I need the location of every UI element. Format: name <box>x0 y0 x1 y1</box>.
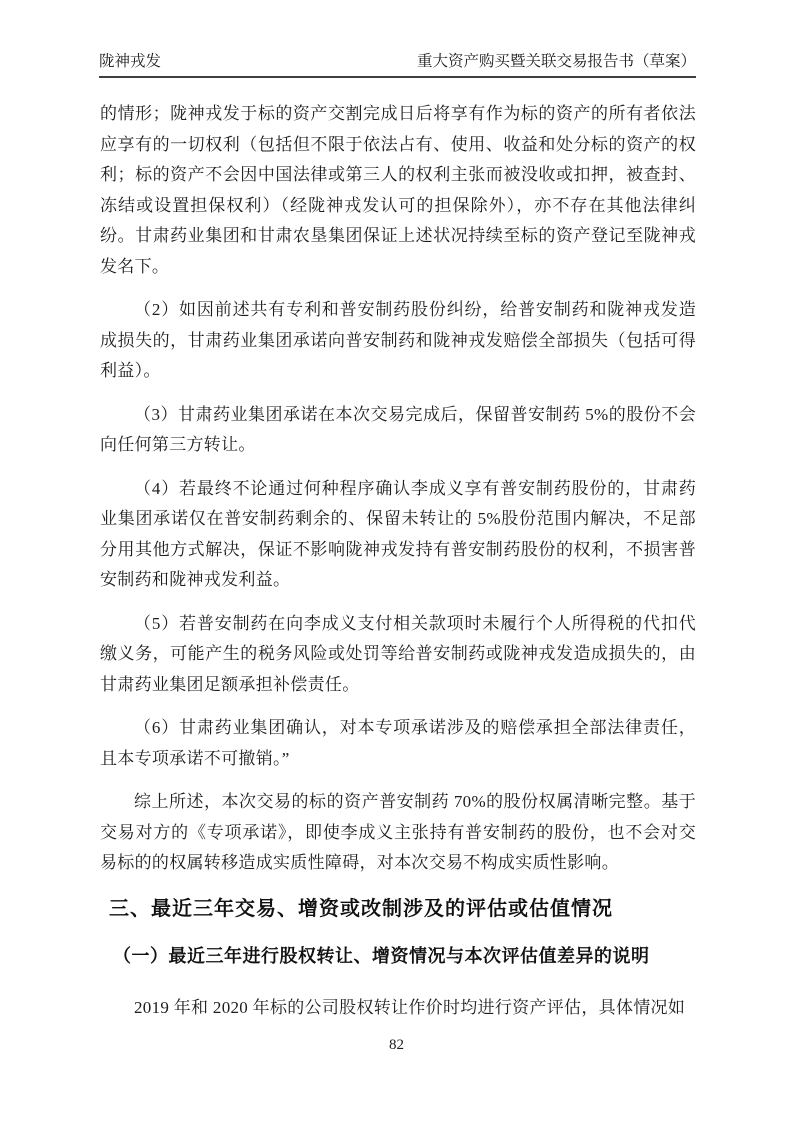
page-number: 82 <box>389 1037 404 1053</box>
paragraph-item-2: （2）如因前述共有专利和普安制药股份纠纷，给普安制药和陇神戎发造成损失的，甘肃药… <box>100 295 696 387</box>
page-footer: 82 <box>0 1037 793 1054</box>
paragraph-intro-evaluation: 2019 年和 2020 年标的公司股权转让作价时均进行资产评估，具体情况如 <box>100 993 696 1024</box>
header-report-title: 重大资产购买暨关联交易报告书（草案） <box>417 52 696 71</box>
paragraph-item-3: （3）甘肃药业集团承诺在本次交易完成后，保留普安制药 5%的股份不会向任何第三方… <box>100 400 696 461</box>
document-body: 的情形；陇神戎发于标的资产交割完成日后将享有作为标的资产的所有者依法应享有的一切… <box>100 99 696 1036</box>
subsection-heading: （一）最近三年进行股权转让、增资情况与本次评估值差异的说明 <box>100 944 696 969</box>
document-page: 陇神戎发 重大资产购买暨关联交易报告书（草案） 的情形；陇神戎发于标的资产交割完… <box>0 0 793 1122</box>
paragraph-summary: 综上所述，本次交易的标的资产普安制药 70%的股份权属清晰完整。基于交易对方的《… <box>100 787 696 879</box>
paragraph-item-5: （5）若普安制药在向李成义支付相关款项时未履行个人所得税的代扣代缴义务，可能产生… <box>100 609 696 701</box>
header-company-name: 陇神戎发 <box>99 52 161 71</box>
paragraph-continuation: 的情形；陇神戎发于标的资产交割完成日后将享有作为标的资产的所有者依法应享有的一切… <box>100 99 696 282</box>
paragraph-item-4: （4）若最终不论通过何种程序确认李成义享有普安制药股份的，甘肃药业集团承诺仅在普… <box>100 474 696 596</box>
page-header: 陇神戎发 重大资产购买暨关联交易报告书（草案） <box>99 52 696 78</box>
paragraph-item-6: （6）甘肃药业集团确认，对本专项承诺涉及的赔偿承担全部法律责任，且本专项承诺不可… <box>100 713 696 774</box>
section-heading: 三、最近三年交易、增资或改制涉及的评估或估值情况 <box>100 896 696 923</box>
